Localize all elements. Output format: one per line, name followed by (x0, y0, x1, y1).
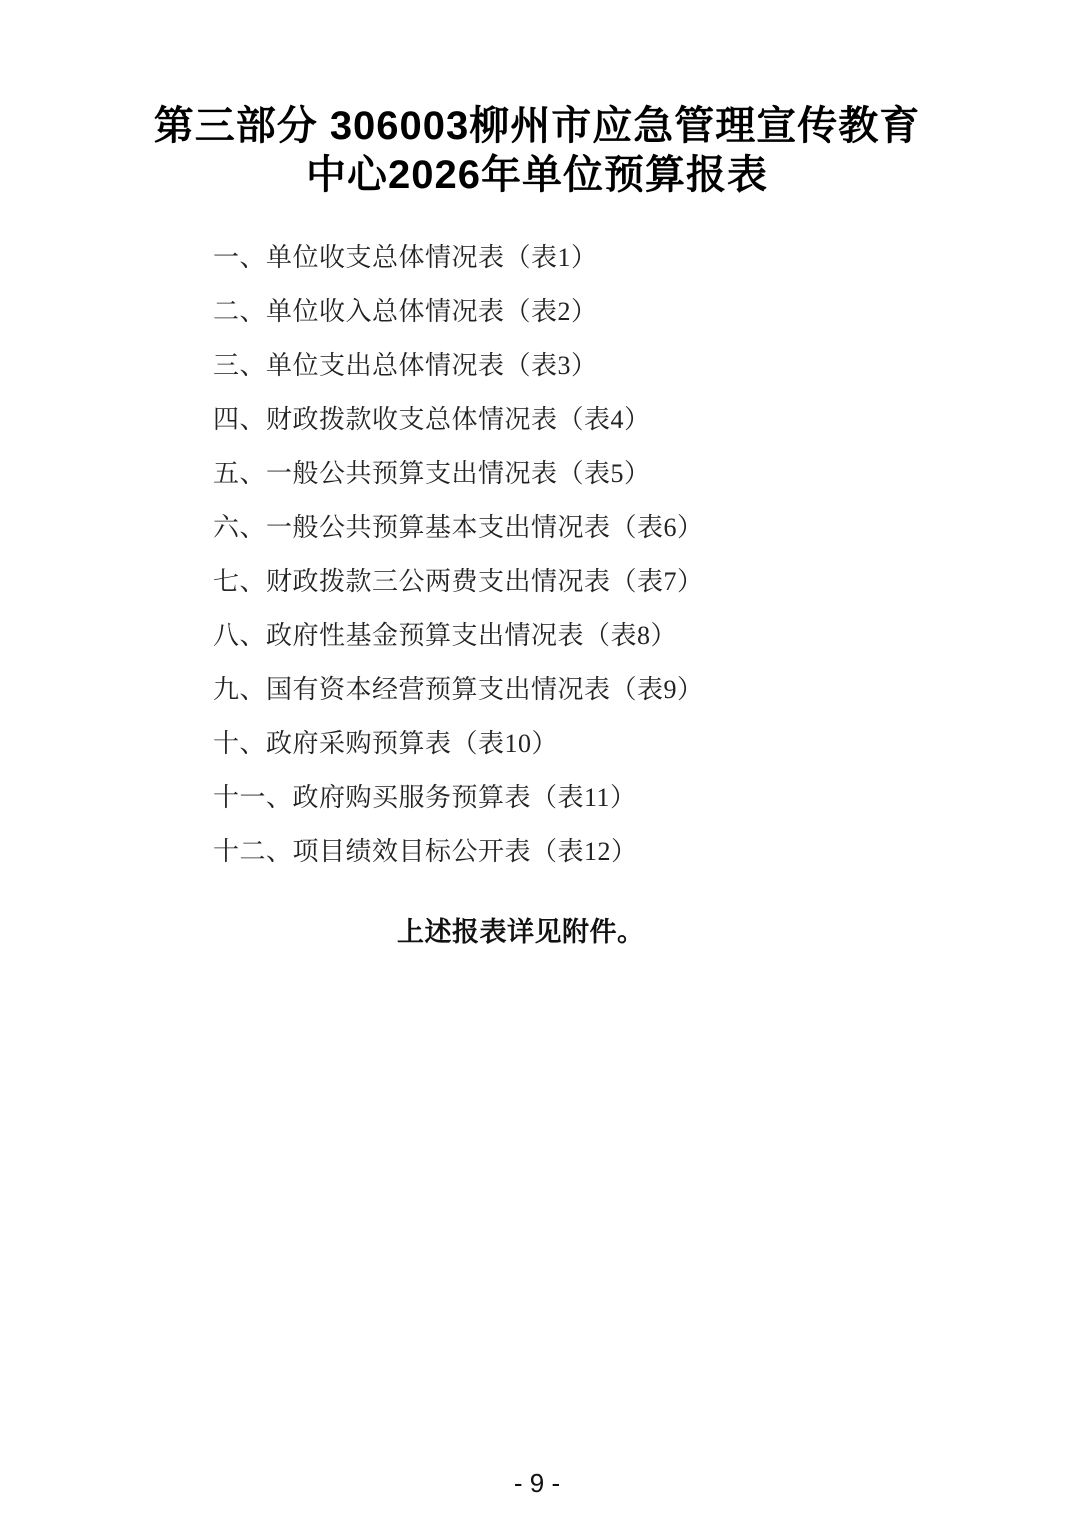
toc-item-2: 二、单位收入总体情况表（表2） (213, 297, 704, 327)
page-title-line-2: 中心2026年单位预算报表 (0, 151, 1074, 200)
toc-item-8: 八、政府性基金预算支出情况表（表8） (213, 621, 704, 651)
toc-item-9: 九、国有资本经营预算支出情况表（表9） (213, 675, 704, 705)
toc-item-1: 一、单位收支总体情况表（表1） (213, 243, 704, 273)
toc-item-11: 十一、政府购买服务预算表（表11） (213, 783, 704, 813)
page-number: - 9 - (0, 1468, 1074, 1499)
toc-item-3: 三、单位支出总体情况表（表3） (213, 351, 704, 381)
toc-item-6: 六、一般公共预算基本支出情况表（表6） (213, 513, 704, 543)
toc-item-12: 十二、项目绩效目标公开表（表12） (213, 837, 704, 867)
table-list: 一、单位收支总体情况表（表1） 二、单位收入总体情况表（表2） 三、单位支出总体… (213, 243, 704, 891)
document-page: 第三部分 306003柳州市应急管理宣传教育 中心2026年单位预算报表 一、单… (0, 0, 1074, 1520)
toc-item-10: 十、政府采购预算表（表10） (213, 729, 704, 759)
page-title: 第三部分 306003柳州市应急管理宣传教育 中心2026年单位预算报表 (0, 102, 1074, 200)
attachment-note: 上述报表详见附件。 (397, 916, 645, 948)
toc-item-4: 四、财政拨款收支总体情况表（表4） (213, 405, 704, 435)
toc-item-7: 七、财政拨款三公两费支出情况表（表7） (213, 567, 704, 597)
page-title-line-1: 第三部分 306003柳州市应急管理宣传教育 (0, 102, 1074, 151)
toc-item-5: 五、一般公共预算支出情况表（表5） (213, 459, 704, 489)
